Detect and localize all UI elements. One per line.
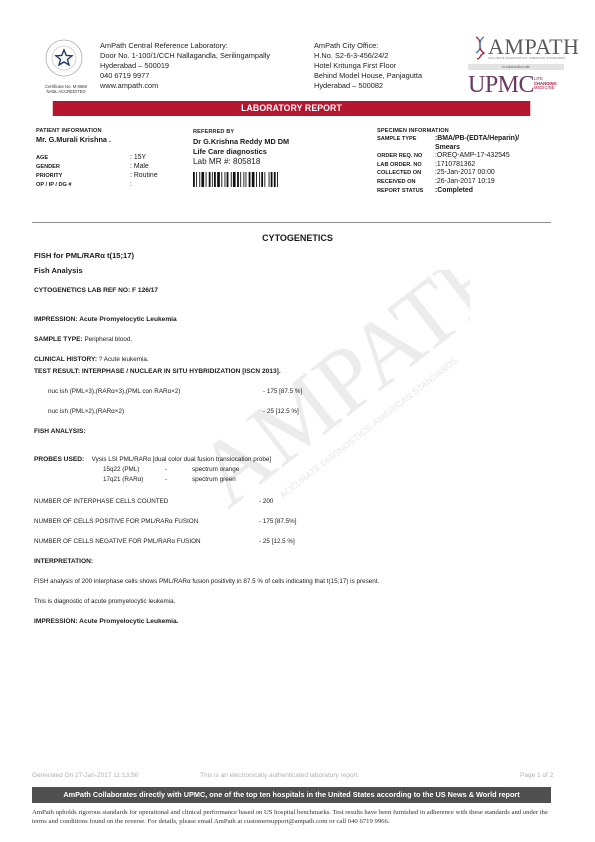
specimen-row: SAMPLE TYPE:BMA/PB-(EDTA/Heparin)/ — [377, 135, 519, 144]
specimen-info-heading: SPECIMEN INFORMATION — [377, 127, 519, 135]
sample-type-value: Peripheral blood. — [83, 336, 132, 343]
interpretation-text: This is diagnostic of acute promyelocyti… — [34, 598, 175, 605]
collaboration-banner: AmPath Collaborates directly with UPMC, … — [32, 787, 551, 803]
probe-dash: - — [165, 466, 167, 473]
probes-label: PROBES USED: — [34, 456, 84, 463]
patient-details: AGE : 15Y GENDER : Male PRIORITY : Routi… — [36, 153, 158, 189]
field-label: RECEIVED ON — [377, 178, 435, 187]
upmc-tag-line: MEDICINE — [534, 86, 557, 91]
city-office-hno: H.No. S2-6-3-456/24/2 — [314, 51, 422, 61]
probe-locus: 17q21 (RARα) — [103, 476, 143, 483]
specimen-row: Smears — [377, 144, 519, 153]
count-value: - 175 [87.5%] — [259, 518, 296, 525]
field-value: : Routine — [130, 172, 158, 179]
ampath-watermark: AMPATH ACCURATE DIAGNOSTICS. AMERICAN ST… — [170, 270, 470, 530]
field-label: PRIORITY — [36, 173, 130, 179]
field-value: :26-Jan-2017 10:19 — [435, 178, 495, 187]
collaboration-strip: In collaboration with — [468, 64, 564, 70]
count-value: - 200 — [259, 498, 273, 505]
specimen-row: LAB ORDER. NO:1710781362 — [377, 161, 519, 170]
result-count: - 175 [87.5 %] — [263, 388, 302, 395]
central-lab-street: Door No. 1-100/1/CCH Nallagandla, Serili… — [100, 51, 270, 61]
city-office-name: AmPath City Office: — [314, 41, 422, 51]
patient-name: Mr. G.Murali Krishna . — [36, 135, 111, 144]
interpretation-heading: INTERPRETATION: — [34, 558, 93, 565]
upmc-tagline: LIFE CHANGING MEDICINE — [534, 77, 557, 91]
field-value: :25-Jan-2017 00:00 — [435, 169, 495, 178]
field-label: COLLECTED ON — [377, 169, 435, 178]
authentication-note: This is an electronically authenticated … — [200, 772, 359, 779]
doctor-name: Dr G.Krishna Reddy MD DM — [193, 137, 289, 147]
central-lab-address: AmPath Central Reference Laboratory: Doo… — [100, 41, 270, 91]
ampath-tagline: ACCURATE DIAGNOSTICS. AMERICAN STANDARDS… — [488, 56, 566, 60]
svg-text:ACCURATE DIAGNOSTICS. AMERICAN: ACCURATE DIAGNOSTICS. AMERICAN STANDARDS… — [278, 354, 462, 501]
impression-label: IMPRESSION: — [34, 316, 78, 323]
svg-text:AMPATH: AMPATH — [178, 270, 470, 526]
test-result-heading: TEST RESULT: INTERPHASE / NUCLEAR IN SIT… — [34, 368, 281, 375]
impression: IMPRESSION: Acute Promyelocytic Leukemia — [34, 308, 177, 326]
nabl-seal-icon — [44, 38, 84, 78]
city-office-address: AmPath City Office: H.No. S2-6-3-456/24/… — [314, 41, 422, 91]
field-value: : Male — [130, 163, 149, 170]
section-title: CYTOGENETICS — [0, 233, 595, 243]
city-office-landmark: Behind Model House, Panjagutta — [314, 71, 422, 81]
upmc-logo: UPMC — [468, 72, 534, 99]
count-value: - 25 [12.5 %] — [259, 538, 295, 545]
count-label: NUMBER OF CELLS POSITIVE FOR PML/RARα FU… — [34, 518, 198, 525]
field-value: :Completed — [435, 187, 473, 196]
field-label: GENDER — [36, 164, 130, 170]
disclaimer: AmPath upholds rigorous standards for op… — [32, 808, 562, 826]
clinical-history-value: ? Acute leukemia. — [97, 356, 148, 363]
specimen-info: SPECIMEN INFORMATION SAMPLE TYPE:BMA/PB-… — [377, 127, 519, 195]
barcode-icon — [193, 172, 309, 187]
city-office-city: Hyderabad – 500082 — [314, 81, 422, 91]
result-karyotype: nuc ish (PML×3),(RARα×3),(PML con RARα×2… — [48, 388, 181, 395]
field-value: :BMA/PB-(EDTA/Heparin)/ — [435, 135, 519, 144]
nabl-certificate: Certificate No. M-0668 NABL ACCREDITED — [36, 84, 96, 94]
result-karyotype: nuc ish (PML×2),(RARα×2) — [48, 408, 124, 415]
field-label: ORDER REQ. NO — [377, 152, 435, 161]
result-count: - 25 [12.5 %] — [263, 408, 299, 415]
field-label — [377, 144, 435, 153]
final-impression: IMPRESSION: Acute Promyelocytic Leukemia… — [34, 618, 179, 625]
probe-signal: spectrum orange — [192, 466, 239, 473]
test-subtitle: Fish Analysis — [34, 266, 83, 275]
impression-value: Acute Promyelocytic Leukemia — [78, 316, 177, 323]
report-title-banner: LABORATORY REPORT — [53, 101, 530, 116]
dna-helix-icon — [474, 36, 486, 60]
city-office-building: Hotel Kritunga First Floor — [314, 61, 422, 71]
probes-value: Vysis LSI PML/RARα [dual color dual fusi… — [92, 456, 271, 463]
test-name: FISH for PML/RARα t(15;17) — [34, 251, 134, 260]
probe-dash: - — [165, 476, 167, 483]
field-value: : 15Y — [130, 154, 146, 161]
probe-locus: 15q22 (PML) — [103, 466, 139, 473]
probes-used: PROBES USED: Vysis LSI PML/RARα [dual co… — [34, 448, 271, 466]
referred-by-heading: REFERRED BY — [193, 129, 234, 135]
referring-doctor: Dr G.Krishna Reddy MD DM Life Care diagn… — [193, 137, 289, 157]
sample-type: SAMPLE TYPE: Peripheral blood. — [34, 328, 132, 346]
central-lab-phone: 040 6719 9977 — [100, 71, 270, 81]
generated-on: Generated On 27-Jan-2017 11:13:56 — [32, 772, 138, 779]
specimen-row: REPORT STATUS:Completed — [377, 187, 519, 196]
accreditation: NABL ACCREDITED — [36, 89, 96, 94]
clinical-history-label: CLINICAL HISTORY: — [34, 356, 97, 363]
patient-info-heading: PATIENT INFORMATION — [36, 128, 102, 134]
patient-gender-row: GENDER : Male — [36, 162, 158, 171]
lab-mr-number: Lab MR #: 805818 — [193, 157, 260, 166]
field-label: LAB ORDER. NO — [377, 161, 435, 170]
sample-type-label: SAMPLE TYPE: — [34, 336, 83, 343]
patient-priority-row: PRIORITY : Routine — [36, 171, 158, 180]
field-value: : — [130, 181, 132, 188]
clinical-history: CLINICAL HISTORY: ? Acute leukemia. — [34, 348, 149, 366]
count-label: NUMBER OF INTERPHASE CELLS COUNTED — [34, 498, 168, 505]
field-value: :1710781362 — [435, 161, 475, 170]
fish-analysis-heading: FISH ANALYSIS: — [34, 428, 86, 435]
field-label: AGE — [36, 155, 130, 161]
clinic-name: Life Care diagnostics — [193, 147, 289, 157]
central-lab-name: AmPath Central Reference Laboratory: — [100, 41, 270, 51]
patient-op-ip-row: OP / IP / DG # : — [36, 180, 158, 189]
field-label: SAMPLE TYPE — [377, 135, 435, 144]
divider — [32, 222, 551, 223]
field-label: OP / IP / DG # — [36, 182, 130, 188]
lab-ref-number: CYTOGENETICS LAB REF NO: F 126/17 — [34, 287, 158, 294]
specimen-row: ORDER REQ. NO:OREQ-AMP-17-432545 — [377, 152, 519, 161]
specimen-row: RECEIVED ON:26-Jan-2017 10:19 — [377, 178, 519, 187]
field-label: REPORT STATUS — [377, 187, 435, 196]
page-number: Page 1 of 2 — [520, 772, 553, 779]
count-label: NUMBER OF CELLS NEGATIVE FOR PML/RARα FU… — [34, 538, 201, 545]
field-value: :OREQ-AMP-17-432545 — [435, 152, 510, 161]
field-value: Smears — [435, 144, 460, 153]
interpretation-text: FISH analysis of 200 interphase cells sh… — [34, 578, 379, 585]
central-lab-city: Hyderabad – 500019 — [100, 61, 270, 71]
specimen-row: COLLECTED ON:25-Jan-2017 00:00 — [377, 169, 519, 178]
patient-age-row: AGE : 15Y — [36, 153, 158, 162]
central-lab-website[interactable]: www.ampath.com — [100, 81, 270, 91]
probe-signal: spectrum green — [192, 476, 236, 483]
